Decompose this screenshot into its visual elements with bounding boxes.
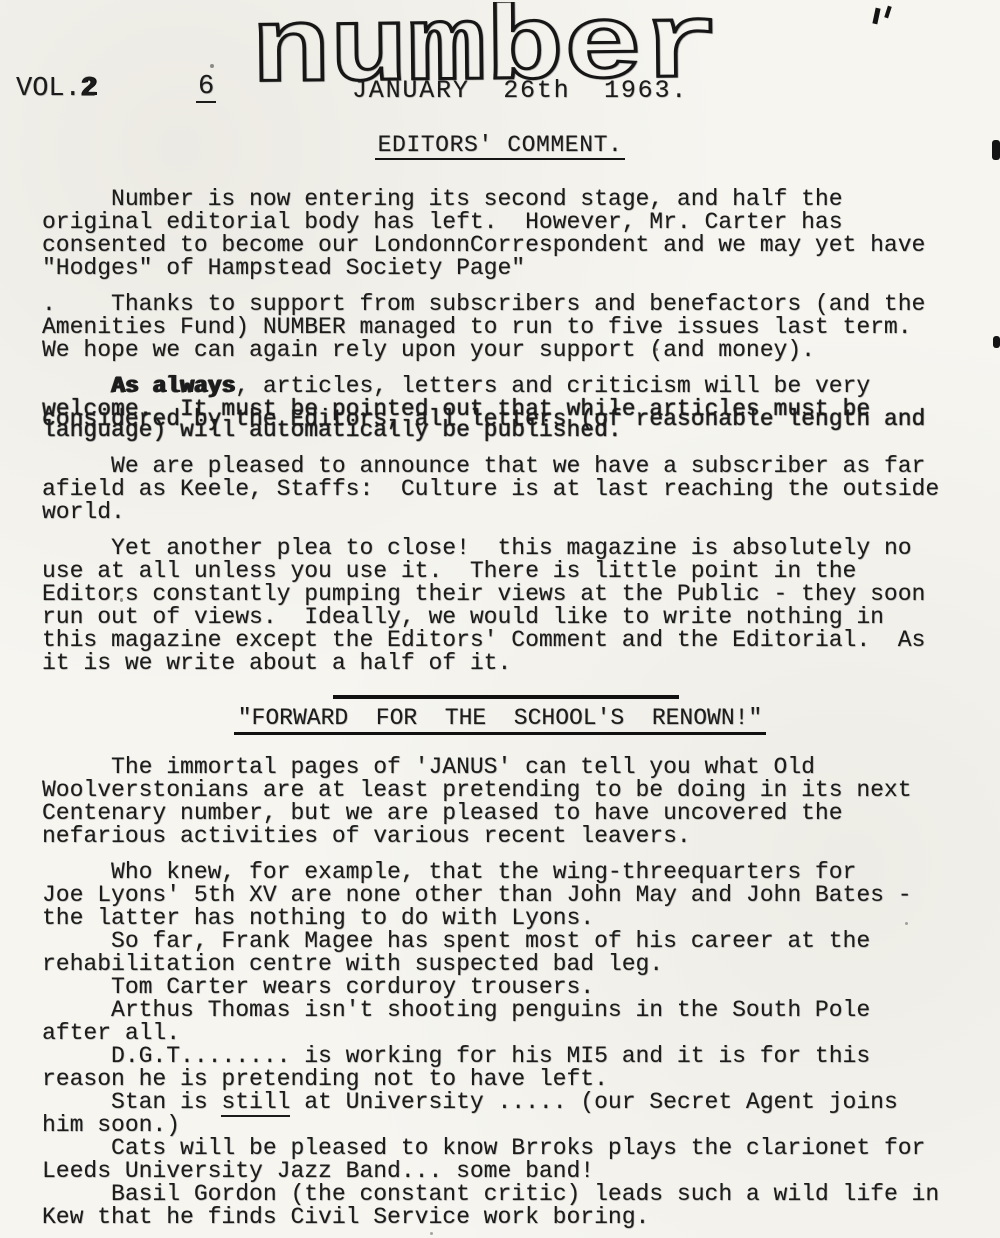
volume-prefix: VOL.	[16, 74, 81, 104]
scan-artifact	[993, 336, 1000, 348]
paragraph-with-underline: Stan is still at University ..... (our S…	[42, 1091, 970, 1137]
section-divider-rule	[333, 695, 679, 699]
paragraph: So far, Frank Magee has spent most of hi…	[42, 930, 970, 976]
volume-label: VOL.2	[16, 76, 97, 103]
paragraph: Who knew, for example, that the wing-thr…	[42, 861, 970, 930]
line: As always, articles, letters and critici…	[42, 375, 970, 398]
editors-comment-section: Number is now entering its second stage,…	[0, 188, 1000, 699]
paragraph: Number is now entering its second stage,…	[42, 188, 970, 280]
masthead: number VOL.2 6 JANUARY 26th 1963.	[0, 0, 1000, 108]
paragraph: D.G.T........ is working for his MI5 and…	[42, 1045, 970, 1091]
section-heading-editors-comment: EDITORS' COMMENT.	[375, 134, 626, 160]
paragraph: The immortal pages of 'JANUS' can tell y…	[42, 756, 970, 848]
scan-speck	[210, 64, 214, 68]
paragraph: Yet another plea to close! this magazine…	[42, 537, 970, 675]
paragraph: Cats will be pleased to know Brroks play…	[42, 1137, 970, 1183]
scan-speck	[905, 922, 908, 925]
forward-renown-section: The immortal pages of 'JANUS' can tell y…	[0, 756, 1000, 1229]
issue-date: JANUARY 26th 1963.	[352, 78, 688, 103]
issue-number: 6	[196, 74, 216, 103]
scan-artifact	[992, 140, 1000, 160]
scan-speck	[655, 348, 658, 351]
paragraph: Arthus Thomas isn't shooting penguins in…	[42, 999, 970, 1045]
overstruck-paragraph: As always, articles, letters and critici…	[42, 375, 970, 442]
underlined-word: still	[221, 1089, 290, 1117]
scanned-magazine-page: number VOL.2 6 JANUARY 26th 1963. EDITOR…	[0, 0, 1000, 1238]
volume-number: 2	[81, 74, 97, 104]
scan-speck	[120, 598, 123, 602]
paragraph: We are pleased to announce that we have …	[42, 455, 970, 524]
paragraph: Basil Gordon (the constant critic) leads…	[42, 1183, 970, 1229]
paragraph: Tom Carter wears corduroy trousers.	[42, 976, 970, 999]
section-heading-forward-renown: "FORWARD FOR THE SCHOOL'S RENOWN!"	[234, 707, 767, 735]
scan-speck	[430, 1232, 433, 1235]
paragraph: . Thanks to support from subscribers and…	[42, 293, 970, 362]
